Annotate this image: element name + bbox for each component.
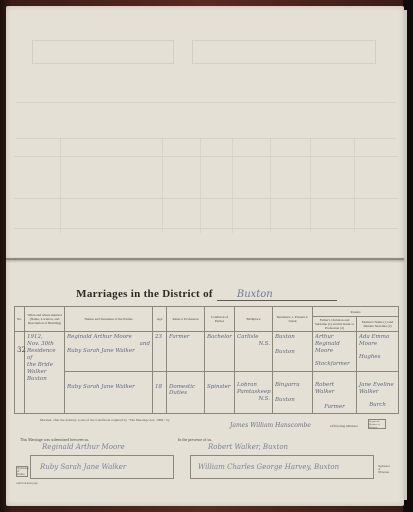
ghost-signature-box-right	[192, 40, 376, 64]
officiating-minister-signature: James William Hanscombe	[230, 422, 311, 429]
groom-residence: Buxton Buxton	[273, 332, 313, 372]
bride-birthplace: Lobran Pamtaskeep N.S.	[235, 372, 273, 414]
witnesses-signature-label: Signatures of Witnesses	[378, 465, 392, 474]
witness-2-signature: William Charles George Harvey, Buxton	[198, 463, 339, 471]
col-header-birthplace: Birthplace	[235, 307, 273, 332]
bride-name: Ruby Sarah Jane Walker	[65, 372, 153, 414]
col-header-condition: Condition of Parties	[205, 307, 235, 332]
groom-condition: Bachelor	[205, 332, 235, 372]
table-row-groom: 32 1912, Nov. 30th Residence of the Brid…	[15, 332, 399, 372]
groom-rank: Farmer	[167, 332, 205, 372]
title-text: Marriages in the District of	[76, 288, 213, 300]
bride-rank: Domestic Duties	[167, 372, 205, 414]
faded-upper-entry	[8, 14, 396, 138]
groom-father: Arthur Reginald Moore Stockfarmer	[313, 332, 357, 372]
footer-note: cont'd on next page	[16, 482, 38, 485]
bride-mother: Jane Eveline Walker Burch	[357, 372, 399, 414]
table-row-bride: Ruby Sarah Jane Walker 18 Domestic Dutie…	[15, 372, 399, 414]
groom-age: 23	[153, 332, 167, 372]
bride-father: Robert Walker Farmer	[313, 372, 357, 414]
col-header-no: No.	[15, 307, 25, 332]
groom-birthplace: Carlisle N.S.	[235, 332, 273, 372]
header-row: No. When and where married (Name, Locati…	[15, 307, 399, 317]
groom-mother: Ada Emma Moore Hughes	[357, 332, 399, 372]
col-header-parents: Parents	[313, 307, 399, 317]
presence-label: In the presence of us,	[178, 437, 212, 442]
col-header-rank: Rank or Profession	[167, 307, 205, 332]
parties-signature-label: Signatures of Parties	[16, 466, 28, 477]
marriage-register-table: No. When and where married (Name, Locati…	[14, 306, 399, 414]
ghost-signature-box-left	[32, 40, 174, 64]
bride-residence: Bingarra Buxton	[273, 372, 313, 414]
bride-age: 18	[153, 372, 167, 414]
certificate-statement: Married, after the delivery to me of the…	[40, 418, 360, 422]
faded-upper-table	[14, 138, 398, 233]
col-header-age: Age	[153, 307, 167, 332]
groom-name: Reginald Arthur Moore and Ruby Sarah Jan…	[65, 332, 153, 372]
page-fold	[6, 258, 404, 260]
register-title: Marriages in the District of Buxton	[0, 284, 413, 302]
col-header-names: Names and Surnames of the Parties	[65, 307, 153, 332]
entry-number: 32	[15, 332, 25, 414]
bride-signature: Ruby Sarah Jane Walker	[40, 463, 126, 471]
solemnized-label: This Marriage was solemnized between us,	[20, 437, 89, 442]
col-header-when-where: When and where married (Name, Location, …	[25, 307, 65, 332]
col-header-residence: Residence 1. Present 2. Usual	[273, 307, 313, 332]
district-value: Buxton	[217, 289, 337, 301]
minister-stamp: Registered Minister of Religion	[368, 419, 386, 429]
witness-1-signature: Robert Walker, Buxton	[208, 443, 288, 451]
bride-condition: Spinster	[205, 372, 235, 414]
groom-signature: Reginald Arthur Moore	[42, 443, 125, 451]
entry-when-where: 1912, Nov. 30th Residence of the Bride W…	[25, 332, 65, 414]
col-header-mother: Mother's Name (1) and Maiden Surname (2)	[357, 317, 399, 332]
officiating-minister-label: Officiating Minister	[330, 424, 358, 428]
col-header-father: Father's Christian and Surname (1) and h…	[313, 317, 357, 332]
ghost-rule	[16, 102, 396, 103]
page-edge	[404, 10, 407, 500]
